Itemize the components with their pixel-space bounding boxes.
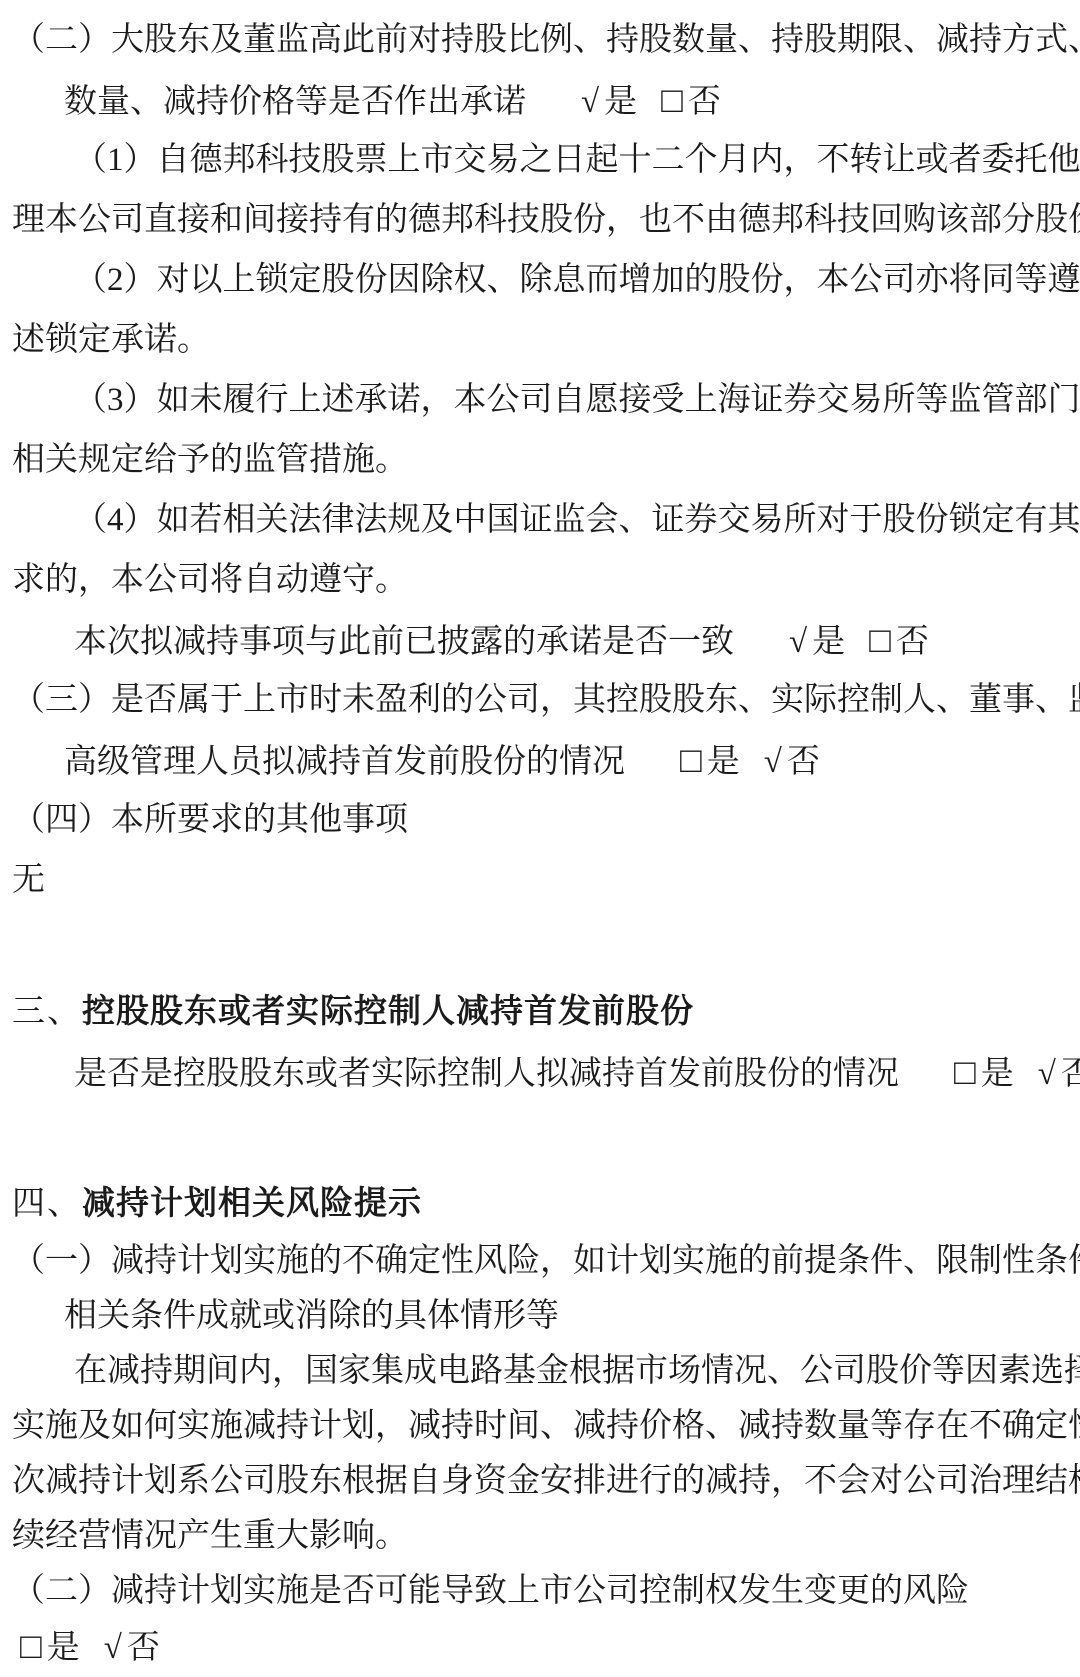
section3-question: 是否是控股股东或者实际控制人拟减持首发前股份的情况□是√否 [12, 1042, 1070, 1102]
yes-label: 是 [604, 84, 637, 120]
yes-label: 是 [47, 1630, 80, 1666]
item3-question-line2: 高级管理人员拟减持首发前股份的情况□是√否 [12, 730, 1070, 790]
commitment-4-line2: 求的，本公司将自动遵守。 [12, 550, 1070, 610]
section4-heading: 四、减持计划相关风险提示 [12, 1174, 1070, 1234]
line-text: 相关规定给予的监管措施。 [12, 442, 408, 478]
yes-no-answer: √是□否 [581, 84, 721, 120]
no-option: □否 [869, 624, 929, 660]
item4-answer-none: 无 [12, 850, 1070, 910]
s4-para-line3: 次减持计划系公司股东根据自身资金安排进行的减持，不会对公司治理结构、持 [12, 1454, 1070, 1509]
line-text: 实施及如何实施减持计划，减持时间、减持价格、减持数量等存在不确定性。本 [12, 1408, 1080, 1444]
yes-no-answer: □是√否 [954, 1056, 1080, 1092]
line-text: （二）大股东及董监高此前对持股比例、持股数量、持股期限、减持方式、减持 [12, 22, 1080, 58]
heading-number: 四、 [12, 1186, 82, 1222]
checkbox-empty-icon: □ [680, 740, 702, 780]
no-option: □否 [661, 84, 721, 120]
heading-title: 控股股东或者实际控制人减持首发前股份 [82, 994, 694, 1030]
checkbox-empty-icon: □ [661, 80, 683, 120]
checkmark-icon: √ [764, 744, 782, 780]
line-text: （二）减持计划实施是否可能导致上市公司控制权发生变更的风险 [12, 1573, 969, 1609]
checkmark-icon: √ [789, 624, 807, 660]
section3-heading: 三、控股股东或者实际控制人减持首发前股份 [12, 982, 1070, 1042]
item2-condition-line1: （二）大股东及董监高此前对持股比例、持股数量、持股期限、减持方式、减持 [12, 10, 1070, 70]
checkmark-icon: √ [581, 84, 599, 120]
line-text: （2）对以上锁定股份因除权、除息而增加的股份，本公司亦将同等遵守上 [74, 262, 1080, 298]
yes-label: 是 [981, 1056, 1014, 1092]
line-text: 在减持期间内，国家集成电路基金根据市场情况、公司股价等因素选择是否 [74, 1353, 1080, 1389]
line-text: 相关条件成就或消除的具体情形等 [64, 1298, 559, 1334]
checkmark-icon: √ [1038, 1056, 1056, 1092]
commitment-3-line2: 相关规定给予的监管措施。 [12, 430, 1070, 490]
checkbox-empty-icon: □ [20, 1626, 42, 1666]
line-text: 是否是控股股东或者实际控制人拟减持首发前股份的情况 [74, 1056, 899, 1092]
document-page: （二）大股东及董监高此前对持股比例、持股数量、持股期限、减持方式、减持数量、减持… [0, 0, 1080, 1677]
no-label: 否 [1061, 1056, 1080, 1092]
line-text: 求的，本公司将自动遵守。 [12, 562, 408, 598]
line-text: 述锁定承诺。 [12, 322, 210, 358]
line-text: 续经营情况产生重大影响。 [12, 1518, 408, 1554]
item2-condition-line2: 数量、减持价格等是否作出承诺√是□否 [12, 70, 1070, 130]
yes-label: 是 [707, 744, 740, 780]
item3-question-line1: （三）是否属于上市时未盈利的公司，其控股股东、实际控制人、董事、监事、 [12, 670, 1070, 730]
s4-para-line4: 续经营情况产生重大影响。 [12, 1509, 1070, 1564]
line-text: （3）如未履行上述承诺，本公司自愿接受上海证券交易所等监管部门依据 [74, 382, 1080, 418]
s4-para-line2: 实施及如何实施减持计划，减持时间、减持价格、减持数量等存在不确定性。本 [12, 1399, 1070, 1454]
line-text: 无 [12, 862, 45, 898]
no-option: √否 [1038, 1056, 1080, 1092]
yes-no-answer: □是√否 [20, 1630, 160, 1666]
commitment-3-line1: （3）如未履行上述承诺，本公司自愿接受上海证券交易所等监管部门依据 [12, 370, 1070, 430]
s4-item1-line1: （一）减持计划实施的不确定性风险，如计划实施的前提条件、限制性条件以及 [12, 1234, 1070, 1289]
commitment-2-line1: （2）对以上锁定股份因除权、除息而增加的股份，本公司亦将同等遵守上 [12, 250, 1070, 310]
no-option: √否 [764, 744, 820, 780]
s4-item2-line: （二）减持计划实施是否可能导致上市公司控制权发生变更的风险 [12, 1564, 1070, 1619]
line-text: 次减持计划系公司股东根据自身资金安排进行的减持，不会对公司治理结构、持 [12, 1463, 1080, 1499]
yes-label: 是 [812, 624, 845, 660]
checkbox-empty-icon: □ [869, 620, 891, 660]
line-text: 数量、减持价格等是否作出承诺 [64, 84, 526, 120]
line-text: （1）自德邦科技股票上市交易之日起十二个月内，不转让或者委托他人管 [74, 142, 1080, 178]
line-text: 本次拟减持事项与此前已披露的承诺是否一致 [74, 624, 734, 660]
consistency-question: 本次拟减持事项与此前已披露的承诺是否一致√是□否 [12, 610, 1070, 670]
heading-title: 减持计划相关风险提示 [82, 1186, 422, 1222]
commitment-2-line2: 述锁定承诺。 [12, 310, 1070, 370]
no-option: √否 [104, 1630, 160, 1666]
item4-title: （四）本所要求的其他事项 [12, 790, 1070, 850]
line-text: 高级管理人员拟减持首发前股份的情况 [64, 744, 625, 780]
document-body: （二）大股东及董监高此前对持股比例、持股数量、持股期限、减持方式、减持数量、减持… [12, 10, 1070, 1674]
line-text: （四）本所要求的其他事项 [12, 802, 408, 838]
commitment-1-line2: 理本公司直接和间接持有的德邦科技股份，也不由德邦科技回购该部分股份。 [12, 190, 1070, 250]
line-text: 理本公司直接和间接持有的德邦科技股份，也不由德邦科技回购该部分股份。 [12, 202, 1080, 238]
checkmark-icon: √ [104, 1630, 122, 1666]
commitment-4-line1: （4）如若相关法律法规及中国证监会、证券交易所对于股份锁定有其他要 [12, 490, 1070, 550]
s4-item2-answer: □是√否 [12, 1619, 1070, 1674]
heading-number: 三、 [12, 994, 82, 1030]
line-text: （三）是否属于上市时未盈利的公司，其控股股东、实际控制人、董事、监事、 [12, 682, 1080, 718]
no-label: 否 [896, 624, 929, 660]
checkbox-empty-icon: □ [954, 1052, 976, 1092]
line-text: （4）如若相关法律法规及中国证监会、证券交易所对于股份锁定有其他要 [74, 502, 1080, 538]
commitment-1-line1: （1）自德邦科技股票上市交易之日起十二个月内，不转让或者委托他人管 [12, 130, 1070, 190]
s4-para-line1: 在减持期间内，国家集成电路基金根据市场情况、公司股价等因素选择是否 [12, 1344, 1070, 1399]
yes-no-answer: □是√否 [680, 744, 820, 780]
no-label: 否 [127, 1630, 160, 1666]
yes-no-answer: √是□否 [789, 624, 929, 660]
no-label: 否 [688, 84, 721, 120]
s4-item1-line2: 相关条件成就或消除的具体情形等 [12, 1289, 1070, 1344]
line-text: （一）减持计划实施的不确定性风险，如计划实施的前提条件、限制性条件以及 [12, 1243, 1080, 1279]
no-label: 否 [787, 744, 820, 780]
